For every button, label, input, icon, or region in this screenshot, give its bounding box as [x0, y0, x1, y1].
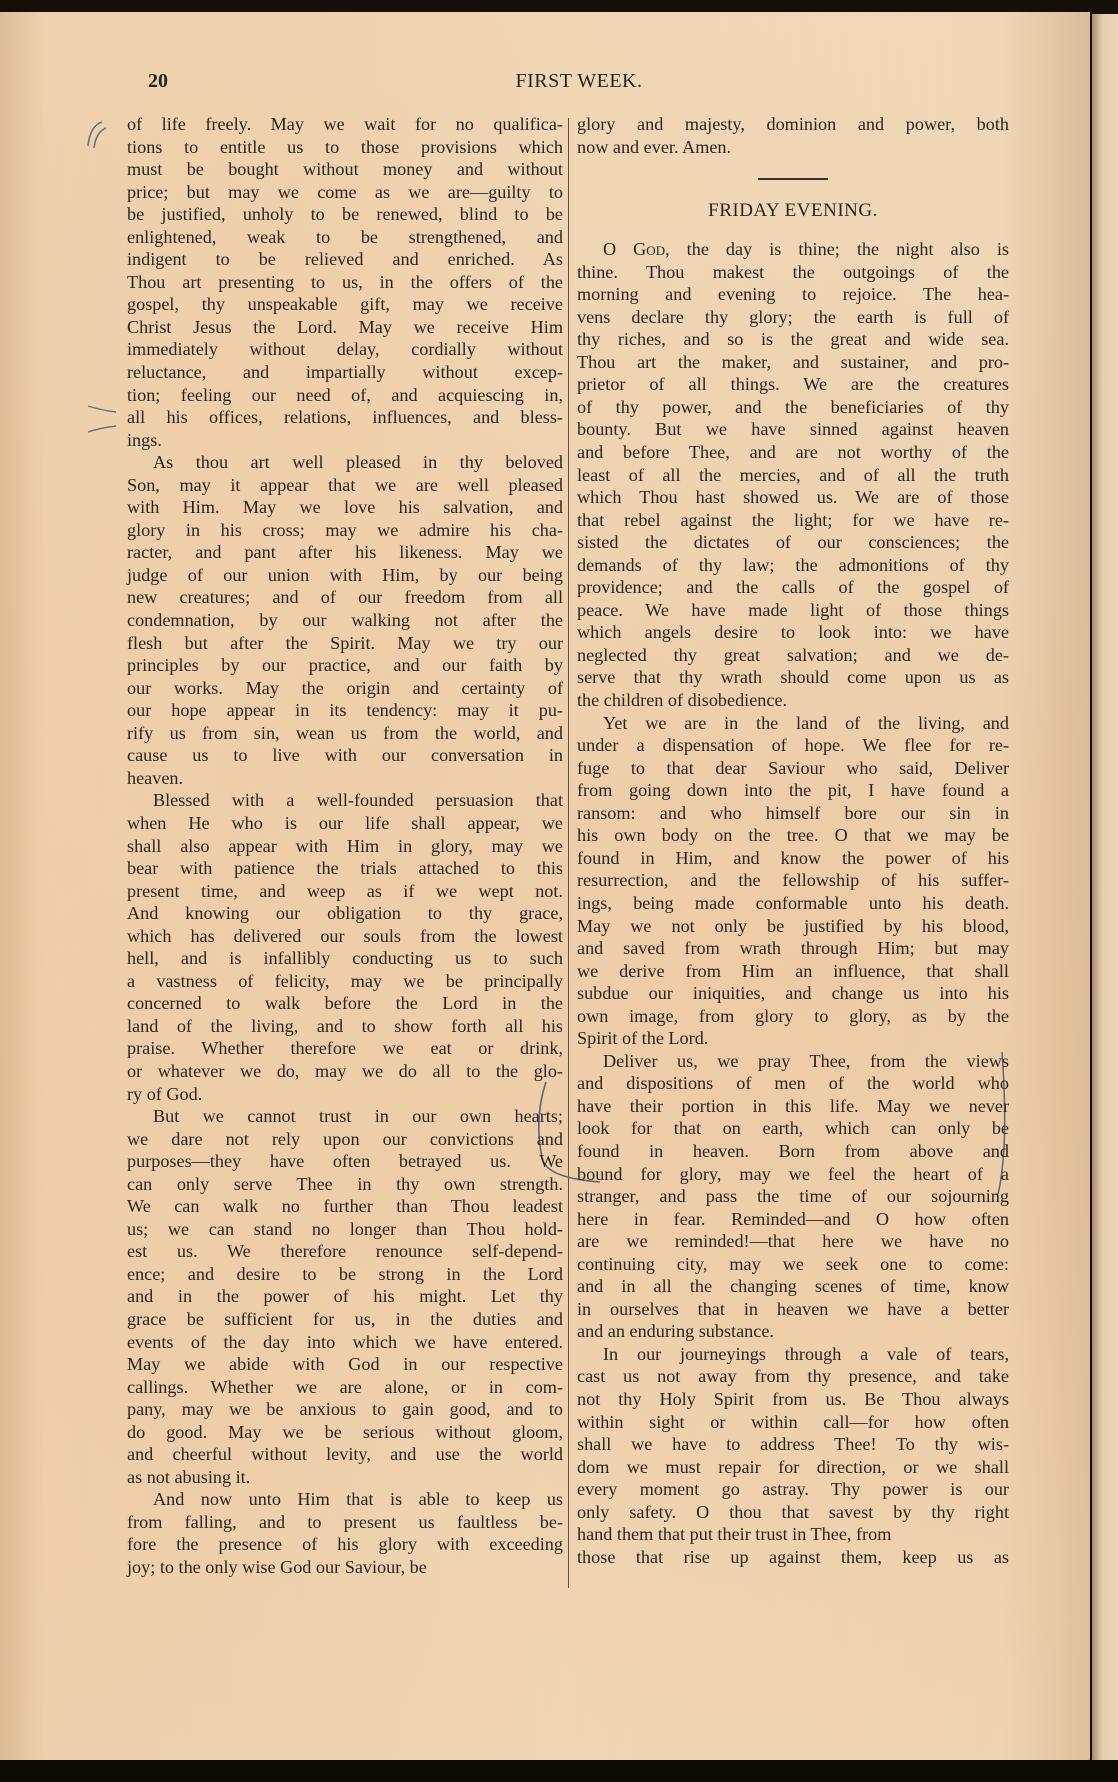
text-line: that rebel against the light; for we hav…: [577, 509, 1009, 532]
text-line: all his offices, relations, influences, …: [127, 406, 563, 429]
text-line: hand them that put their trust in Thee, …: [577, 1523, 1009, 1546]
text-line: Blessed with a well-founded persuasion t…: [127, 789, 563, 812]
text-line: But we cannot trust in our own hearts;: [127, 1105, 563, 1128]
text-line: serve that thy wrath should come upon us…: [577, 666, 1009, 689]
text-line: from going down into the pit, I have fou…: [577, 779, 1009, 802]
text-line: callings. Whether we are alone, or in co…: [127, 1376, 563, 1399]
text-line: price; but may we come as we are—guilty …: [127, 181, 563, 204]
text-line: May we abide with God in our respective: [127, 1353, 563, 1376]
text-line: ransom: and who himself bore our sin in: [577, 802, 1009, 825]
bottom-shadow: [0, 1760, 1118, 1782]
text-line: morning and evening to rejoice. The hea-: [577, 283, 1009, 306]
text-line: every moment go astray. Thy power is our: [577, 1478, 1009, 1501]
text-line: As thou art well pleased in thy beloved: [127, 451, 563, 474]
text-line: a vastness of felicity, may we be princi…: [127, 970, 563, 993]
text-line: can only serve Thee in thy own strength.: [127, 1173, 563, 1196]
text-line: when He who is our life shall appear, we: [127, 812, 563, 835]
text-line: In our journeyings through a vale of tea…: [577, 1343, 1009, 1366]
text-line: May we not only be justified by his bloo…: [577, 915, 1009, 938]
text-line: sisted the dictates of our consciences; …: [577, 531, 1009, 554]
text-line: ry of God.: [127, 1083, 563, 1106]
text-line: Deliver us, we pray Thee, from the views: [577, 1050, 1009, 1073]
text-line: our works. May the origin and certainty …: [127, 677, 563, 700]
text-line: bear with patience the trials attached t…: [127, 857, 563, 880]
text-line: flesh but after the Spirit. May we try o…: [127, 632, 563, 655]
text-line: which Thou hast showed us. We are of tho…: [577, 486, 1009, 509]
text-line: And knowing our obligation to thy grace,: [127, 902, 563, 925]
text-line: Thou art presenting to us, in the offers…: [127, 271, 563, 294]
text-line: continuing city, may we seek one to come…: [577, 1253, 1009, 1276]
text-line: glory and majesty, dominion and power, b…: [577, 113, 1009, 136]
text-line: judge of our union with Him, by our bein…: [127, 564, 563, 587]
text-line: prietor of all things. We are the creatu…: [577, 373, 1009, 396]
text-line: in ourselves that in heaven we have a be…: [577, 1298, 1009, 1321]
friday-evening-prayer: O God, the day is thine; the night also …: [577, 238, 1009, 1568]
text-line: shall we have to address Thee! To thy wi…: [577, 1433, 1009, 1456]
text-line: reluctance, and impartially without exce…: [127, 361, 563, 384]
text-line: found in heaven. Born from above and: [577, 1140, 1009, 1163]
text-line: racter, and pant after his likeness. May…: [127, 541, 563, 564]
text-line: and in the power of his might. Let thy: [127, 1285, 563, 1308]
text-line: are we reminded!—that here we have no: [577, 1230, 1009, 1253]
text-line: ings.: [127, 429, 563, 452]
running-head: FIRST WEEK.: [148, 70, 1010, 93]
text-line: which angels desire to look into: we hav…: [577, 621, 1009, 644]
text-line: We can walk no further than Thou leadest: [127, 1195, 563, 1218]
text-line: us; we can stand no longer than Thou hol…: [127, 1218, 563, 1241]
text-line: immediately without delay, cordially wit…: [127, 338, 563, 361]
text-line: tion; feeling our need of, and acquiesci…: [127, 384, 563, 407]
text-line: bound for glory, may we feel the heart o…: [577, 1163, 1009, 1186]
text-line: ence; and desire to be strong in the Lor…: [127, 1263, 563, 1286]
text-line: only safety. O thou that savest by thy r…: [577, 1501, 1009, 1524]
text-line: those that rise up against them, keep us…: [577, 1546, 1009, 1569]
text-line: thine. Thou makest the outgoings of the: [577, 261, 1009, 284]
text-line: enlightened, weak to be strengthened, an…: [127, 226, 563, 249]
text-line: demands of thy law; the admonitions of t…: [577, 554, 1009, 577]
text-line: and saved from wrath through Him; but ma…: [577, 937, 1009, 960]
text-line: principles by our practice, and our fait…: [127, 654, 563, 677]
text-line: vens declare thy glory; the earth is ful…: [577, 306, 1009, 329]
opening-word: O God,: [603, 239, 670, 259]
text-line: his own body on the tree. O that we may …: [577, 824, 1009, 847]
text-line: peace. We have made light of those thing…: [577, 599, 1009, 622]
right-column: glory and majesty, dominion and power, b…: [577, 113, 1009, 1568]
text-line: Son, may it appear that we are well plea…: [127, 474, 563, 497]
text-line: present time, and weep as if we wept not…: [127, 880, 563, 903]
text-line: glory in his cross; may we admire his ch…: [127, 519, 563, 542]
text-line: under a dispensation of hope. We flee fo…: [577, 734, 1009, 757]
text-line: concerned to walk before the Lord in the: [127, 992, 563, 1015]
text-line: least of all the mercies, and of all the…: [577, 464, 1009, 487]
text-line: heaven.: [127, 767, 563, 790]
text-line: neglected thy great salvation; and we de…: [577, 644, 1009, 667]
text-line: ings, being made conformable unto his de…: [577, 892, 1009, 915]
text-line: which has delivered our souls from the l…: [127, 925, 563, 948]
text-line: providence; and the calls of the gospel …: [577, 576, 1009, 599]
text-line: dom we must repair for direction, or we …: [577, 1456, 1009, 1479]
text-line: gospel, thy unspeakable gift, may we rec…: [127, 293, 563, 316]
text-line: rify us from sin, wean us from the world…: [127, 722, 563, 745]
section-divider: [758, 178, 828, 180]
text-line: O God, the day is thine; the night also …: [577, 238, 1009, 261]
text-line: shall also appear with Him in glory, may…: [127, 835, 563, 858]
text-line: or whatever we do, may we do all to the …: [127, 1060, 563, 1083]
text-line: look for that on earth, which can only b…: [577, 1117, 1009, 1140]
pencil-bracket-mark: [82, 118, 112, 158]
text-line: tions to entitle us to those provisions …: [127, 136, 563, 159]
text-line: must be bought without money and without: [127, 158, 563, 181]
text-line: within sight or within call—for how ofte…: [577, 1411, 1009, 1434]
text-line: cast us not away from thy presence, and …: [577, 1365, 1009, 1388]
left-column: of life freely. May we wait for no quali…: [127, 113, 563, 1579]
text-line: we derive from Him an influence, that sh…: [577, 960, 1009, 983]
text-line: here in fear. Reminded—and O how often: [577, 1208, 1009, 1231]
text-line: and before Thee, and are not worthy of t…: [577, 441, 1009, 464]
text-line: we dare not rely upon our convictions an…: [127, 1128, 563, 1151]
text-line: joy; to the only wise God our Saviour, b…: [127, 1556, 563, 1579]
text-line: of thy power, and the beneficiaries of t…: [577, 396, 1009, 419]
text-line: stranger, and pass the time of our sojou…: [577, 1185, 1009, 1208]
text-line: have their portion in this life. May we …: [577, 1095, 1009, 1118]
text-line: purposes—they have often betrayed us. We: [127, 1150, 563, 1173]
text-line: as not abusing it.: [127, 1466, 563, 1489]
text-line: indigent to be relieved and enriched. As: [127, 248, 563, 271]
text-line: now and ever. Amen.: [577, 136, 1009, 159]
text-line: of life freely. May we wait for no quali…: [127, 113, 563, 136]
section-title: FRIDAY EVENING.: [577, 200, 1009, 228]
text-line: and in all the changing scenes of time, …: [577, 1275, 1009, 1298]
text-line: and dispositions of men of the world who: [577, 1072, 1009, 1095]
text-line: fore the presence of his glory with exce…: [127, 1533, 563, 1556]
text-line: fuge to that dear Saviour who said, Deli…: [577, 757, 1009, 780]
text-line: our hope appear in its tendency: may it …: [127, 699, 563, 722]
text-line: Yet we are in the land of the living, an…: [577, 712, 1009, 735]
text-line: do good. May we be serious without gloom…: [127, 1421, 563, 1444]
text-line: condemnation, by our walking not after t…: [127, 609, 563, 632]
text-line: land of the living, and to show forth al…: [127, 1015, 563, 1038]
text-line: and cheerful without levity, and use the…: [127, 1443, 563, 1466]
text-line: events of the day into which we have ent…: [127, 1331, 563, 1354]
text-line: Spirit of the Lord.: [577, 1027, 1009, 1050]
text-line: and an enduring substance.: [577, 1320, 1009, 1343]
text-line: thy riches, and so is the great and wide…: [577, 328, 1009, 351]
text-line: new creatures; and of our freedom from a…: [127, 586, 563, 609]
text-line: not thy Holy Spirit from us. Be Thou alw…: [577, 1388, 1009, 1411]
text-line: Christ Jesus the Lord. May we receive Hi…: [127, 316, 563, 339]
text-line: subdue our iniquities, and change us int…: [577, 982, 1009, 1005]
text-line: from falling, and to present us faultles…: [127, 1511, 563, 1534]
text-line: with Him. May we love his salvation, and: [127, 496, 563, 519]
text-line: resurrection, and the fellowship of his …: [577, 869, 1009, 892]
pencil-dash-mark: [86, 400, 120, 440]
text-line: hell, and is infallibly conducting us to…: [127, 947, 563, 970]
text-line: be justified, unholy to be renewed, blin…: [127, 203, 563, 226]
text-line: own image, from glory to glory, as by th…: [577, 1005, 1009, 1028]
page-header: 20 FIRST WEEK.: [148, 70, 1010, 100]
text-line: est us. We therefore renounce self-depen…: [127, 1240, 563, 1263]
text-line: pany, may we be anxious to gain good, an…: [127, 1398, 563, 1421]
text-line: found in Him, and know the power of his: [577, 847, 1009, 870]
text-line: And now unto Him that is able to keep us: [127, 1488, 563, 1511]
text-line: Thou art the maker, and sustainer, and p…: [577, 351, 1009, 374]
column-divider: [568, 118, 569, 1588]
text-line: cause us to live with our conversation i…: [127, 744, 563, 767]
text-line: bounty. But we have sinned against heave…: [577, 418, 1009, 441]
text-line: praise. Whether therefore we eat or drin…: [127, 1037, 563, 1060]
text-line: grace be sufficient for us, in the dutie…: [127, 1308, 563, 1331]
next-page-edge: [1092, 14, 1118, 1762]
text-line: the children of disobedience.: [577, 689, 1009, 712]
